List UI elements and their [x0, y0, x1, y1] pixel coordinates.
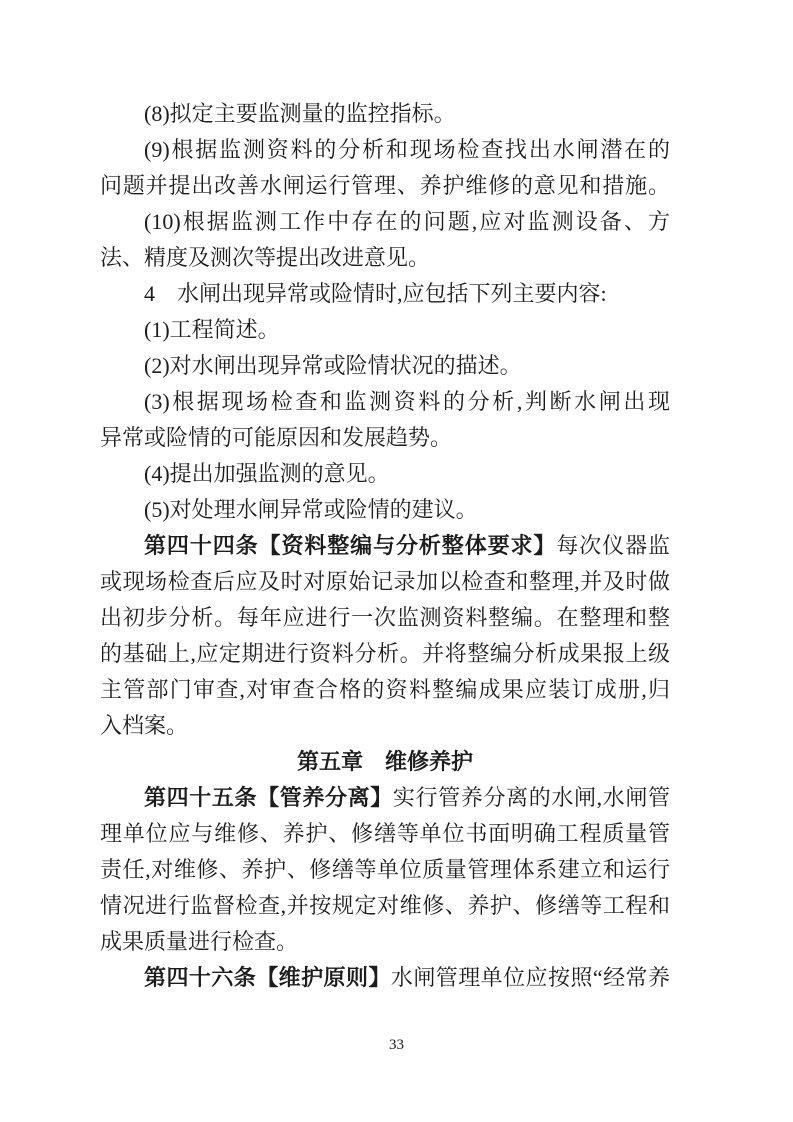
text-line: 入档案。 — [100, 708, 670, 744]
text-line: (3)根据现场检查和监测资料的分析,判断水闸出现 — [100, 384, 670, 420]
bold-text-segment: 第四十四条【资料整编与分析整体要求】 — [144, 533, 556, 558]
text-line: 成果质量进行检查。 — [100, 924, 670, 960]
text-line: 的基础上,应定期进行资料分析。并将整编分析成果报上级 — [100, 636, 670, 672]
text-line: (2)对水闸出现异常或险情状况的描述。 — [100, 348, 670, 384]
body-text-segment: (4)提出加强监测的意见。 — [144, 461, 390, 486]
body-text-segment: 责任,对维修、养护、修缮等单位质量管理体系建立和运行 — [100, 857, 670, 882]
body-text-segment: 异常或险情的可能原因和发展趋势。 — [100, 425, 452, 450]
chapter-heading: 第五章 维修养护 — [100, 744, 670, 780]
body-text-segment: (5)对处理水闸异常或险情的建议。 — [144, 497, 478, 522]
body-text-segment: 4 水闸出现异常或险情时,应包括下列主要内容: — [144, 281, 607, 306]
body-text-segment: 问题并提出改善水闸运行管理、养护维修的意见和措施。 — [100, 173, 670, 198]
text-line: 第四十四条【资料整编与分析整体要求】每次仪器监测 — [100, 528, 670, 564]
text-line: 责任,对维修、养护、修缮等单位质量管理体系建立和运行 — [100, 852, 670, 888]
text-line: 第四十五条【管养分离】实行管养分离的水闸,水闸管 — [100, 780, 670, 816]
text-line: 问题并提出改善水闸运行管理、养护维修的意见和措施。 — [100, 168, 670, 204]
body-text-segment: (1)工程简述。 — [144, 317, 280, 342]
bold-text-segment: 第四十五条【管养分离】 — [144, 785, 393, 810]
text-line: (1)工程简述。 — [100, 312, 670, 348]
bold-text-segment: 第五章 维修养护 — [297, 749, 473, 774]
text-line: (4)提出加强监测的意见。 — [100, 456, 670, 492]
text-line: 或现场检查后应及时对原始记录加以检查和整理,并及时做 — [100, 564, 670, 600]
document-page: (8)拟定主要监测量的监控指标。(9)根据监测资料的分析和现场检查找出水闸潜在的… — [0, 0, 793, 1122]
text-line: (8)拟定主要监测量的监控指标。 — [100, 96, 670, 132]
text-line: 情况进行监督检查,并按规定对维修、养护、修缮等工程和 — [100, 888, 670, 924]
body-text-segment: 入档案。 — [100, 713, 188, 738]
text-line: 主管部门审查,对审查合格的资料整编成果应装订成册,归 — [100, 672, 670, 708]
body-text-segment: 的基础上,应定期进行资料分析。并将整编分析成果报上级 — [100, 641, 670, 666]
page-number: 33 — [0, 1034, 793, 1056]
document-body: (8)拟定主要监测量的监控指标。(9)根据监测资料的分析和现场检查找出水闸潜在的… — [100, 96, 670, 996]
bold-text-segment: 第四十六条【维护原则】 — [144, 965, 391, 990]
body-text-segment: 理单位应与维修、养护、修缮等单位书面明确工程质量管理 — [100, 821, 670, 852]
text-line: 第四十六条【维护原则】水闸管理单位应按照“经常养 — [100, 960, 670, 996]
body-text-segment: (2)对水闸出现异常或险情状况的描述。 — [144, 353, 522, 378]
text-line: 异常或险情的可能原因和发展趋势。 — [100, 420, 670, 456]
text-line: (5)对处理水闸异常或险情的建议。 — [100, 492, 670, 528]
body-text-segment: (9)根据监测资料的分析和现场检查找出水闸潜在的 — [144, 137, 670, 162]
body-text-segment: 实行管养分离的水闸,水闸管 — [393, 785, 670, 810]
body-text-segment: 主管部门审查,对审查合格的资料整编成果应装订成册,归 — [100, 677, 670, 702]
text-line: (10)根据监测工作中存在的问题,应对监测设备、方 — [100, 204, 670, 240]
text-line: 理单位应与维修、养护、修缮等单位书面明确工程质量管理 — [100, 816, 670, 852]
body-text-segment: 法、精度及测次等提出改进意见。 — [100, 245, 430, 270]
body-text-segment: 出初步分析。每年应进行一次监测资料整编。在整理和整编 — [100, 605, 670, 636]
body-text-segment: 成果质量进行检查。 — [100, 929, 298, 954]
text-line: 法、精度及测次等提出改进意见。 — [100, 240, 670, 276]
text-line: 出初步分析。每年应进行一次监测资料整编。在整理和整编 — [100, 600, 670, 636]
body-text-segment: (3)根据现场检查和监测资料的分析,判断水闸出现 — [144, 389, 670, 414]
body-text-segment: 情况进行监督检查,并按规定对维修、养护、修缮等工程和 — [100, 893, 670, 918]
body-text-segment: (8)拟定主要监测量的监控指标。 — [144, 101, 456, 126]
body-text-segment: 或现场检查后应及时对原始记录加以检查和整理,并及时做 — [100, 569, 670, 594]
body-text-segment: 水闸管理单位应按照“经常养 — [391, 965, 670, 990]
body-text-segment: (10)根据监测工作中存在的问题,应对监测设备、方 — [144, 209, 670, 234]
text-line: (9)根据监测资料的分析和现场检查找出水闸潜在的 — [100, 132, 670, 168]
text-line: 4 水闸出现异常或险情时,应包括下列主要内容: — [100, 276, 670, 312]
